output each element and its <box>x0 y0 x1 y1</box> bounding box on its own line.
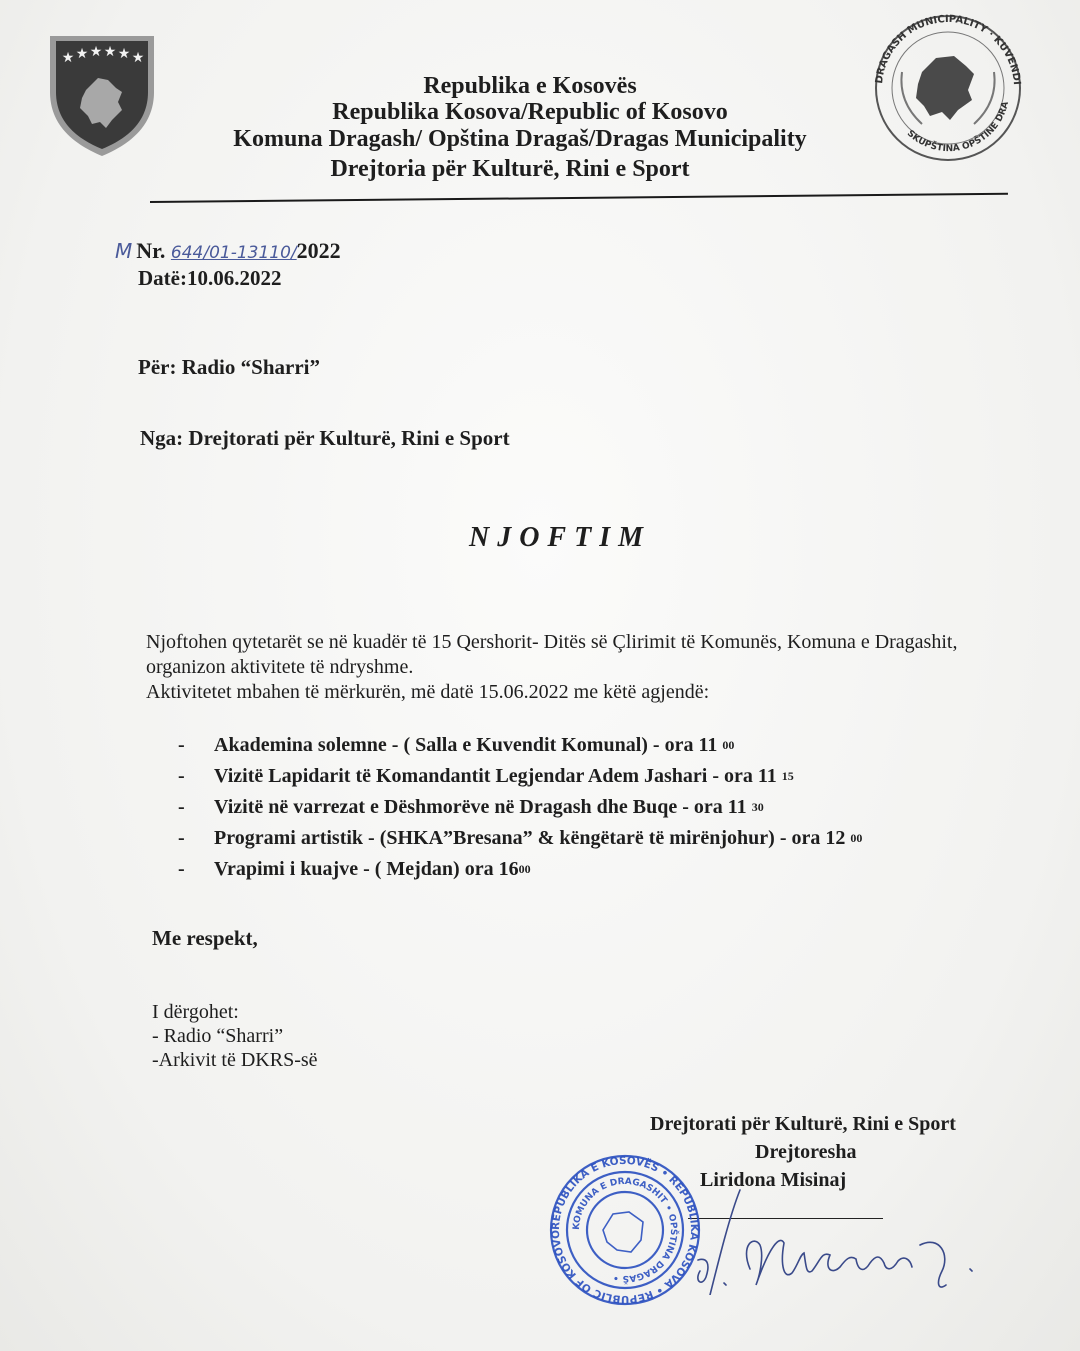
handwritten-number: 644/01-13110 <box>171 243 291 263</box>
svg-text:★: ★ <box>118 46 131 62</box>
agenda-item: -Programi artistik - (SHKA”Bresana” & kë… <box>178 823 978 854</box>
header-divider <box>150 193 1008 203</box>
distribution-item: -Arkivit të DKRS-së <box>152 1048 318 1072</box>
signature-department: Drejtorati për Kulturë, Rini e Sport <box>640 1110 1000 1138</box>
body-text: Njoftohen qytetarët se në kuadër të 15 Q… <box>146 630 966 705</box>
document-title: NJOFTIM <box>0 522 1080 554</box>
document-date: Datë:10.06.2022 <box>138 266 281 291</box>
svg-text:★: ★ <box>104 44 117 60</box>
handwritten-signature <box>680 1185 990 1295</box>
agenda-item: -Akademina solemne - ( Salla e Kuvendit … <box>178 730 978 761</box>
nr-year: 2022 <box>297 238 341 263</box>
distribution-label: I dërgohet: <box>152 1000 318 1024</box>
distribution-item: - Radio “Sharri” <box>152 1024 318 1048</box>
header-line-3: Komuna Dragash/ Opština Dragaš/Dragas Mu… <box>130 125 910 154</box>
closing: Me respekt, <box>152 926 258 951</box>
agenda-item: -Vizitë Lapidarit të Komandantit Legjend… <box>178 761 978 792</box>
recipient: Për: Radio “Sharri” <box>138 355 320 380</box>
svg-text:★: ★ <box>132 50 145 66</box>
distribution-list: I dërgohet: - Radio “Sharri” -Arkivit të… <box>152 1000 318 1072</box>
document-page: ★★★ ★★★ DRAGASH MUNICIPALITY · KUVENDI K… <box>0 0 1080 1351</box>
body-paragraph: Aktivitetet mbahen të mërkurën, më datë … <box>146 680 966 705</box>
reference-number: MNr. 644/01-13110/2022 <box>115 238 341 264</box>
handwritten-initial: M <box>115 239 132 263</box>
agenda-item: -Vizitë në varrezat e Dëshmorëve në Drag… <box>178 792 978 823</box>
sender: Nga: Drejtorati për Kulturë, Rini e Spor… <box>140 426 510 451</box>
svg-text:★: ★ <box>62 50 75 66</box>
svg-text:★: ★ <box>76 46 89 62</box>
agenda-list: -Akademina solemne - ( Salla e Kuvendit … <box>178 730 978 885</box>
svg-text:★: ★ <box>90 44 103 60</box>
body-paragraph: Njoftohen qytetarët se në kuadër të 15 Q… <box>146 630 966 680</box>
header-line-2: Republika Kosova/Republic of Kosovo <box>130 98 930 127</box>
agenda-item: -Vrapimi i kuajve - ( Mejdan) ora 1600 <box>178 854 978 885</box>
header-line-4: Drejtoria për Kulturë, Rini e Sport <box>130 155 890 184</box>
header-line-1: Republika e Kosovës <box>160 72 900 101</box>
nr-label: Nr. <box>136 238 165 263</box>
